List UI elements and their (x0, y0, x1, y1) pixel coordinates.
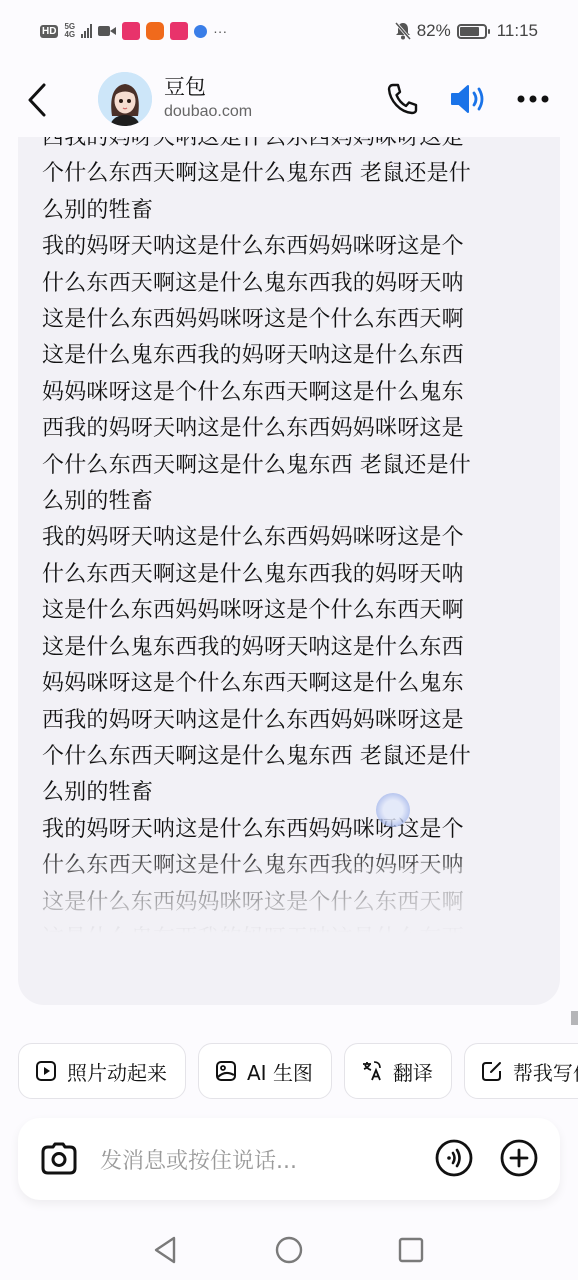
message-line: 个什么东西天啊这是什么鬼东西 老鼠还是什 (42, 448, 542, 484)
assistant-message-bubble: 西我的妈呀天呐这是什么东西妈妈咪呀这是 个什么东西天啊这是什么鬼东西 老鼠还是什… (18, 137, 560, 1005)
message-input[interactable]: 发消息或按住说话... (100, 1144, 297, 1175)
quick-action-label: AI 生图 (247, 1057, 313, 1086)
message-line: 么别的牲畜 (42, 484, 542, 520)
clock: 11:15 (497, 21, 538, 41)
message-line: 妈妈咪呀这是个什么东西天啊这是什么鬼东 (42, 375, 542, 411)
chat-title-block: 豆包 doubao.com (164, 71, 252, 121)
message-line: 什么东西天啊这是什么鬼东西我的妈呀天呐 (42, 266, 542, 302)
chat-title: 豆包 (164, 71, 252, 101)
chat-header: 豆包 doubao.com (0, 62, 578, 137)
message-composer: 发消息或按住说话... (18, 1118, 560, 1200)
message-line: 我的妈呀天呐这是什么东西妈妈咪呀这是个 (42, 520, 542, 556)
quick-action-animate-photo[interactable]: 照片动起来 (18, 1043, 186, 1099)
message-line: 什么东西天啊这是什么鬼东西我的妈呀天呐 (42, 557, 542, 593)
image-icon (215, 1060, 237, 1082)
message-line: 这是什么东西妈妈咪呀这是个什么东西天啊 (42, 593, 542, 629)
quick-action-help-write[interactable]: 帮我写作 (464, 1043, 578, 1099)
message-line: 这是什么鬼东西我的妈呀天呐这是什么东西 (42, 630, 542, 666)
play-square-icon (35, 1060, 57, 1082)
app-notification-icon (146, 22, 164, 40)
signal-icon (81, 24, 92, 38)
scrollbar[interactable] (571, 1011, 578, 1025)
quick-action-translate[interactable]: 翻译 (344, 1043, 452, 1099)
network-type: 5G 4G (64, 23, 75, 39)
bell-muted-icon (395, 22, 411, 40)
hd-icon: HD (40, 25, 58, 38)
system-nav-bar (0, 1215, 578, 1280)
message-line: 我的妈呀天呐这是什么东西妈妈咪呀这是个 (42, 229, 542, 265)
quick-action-label: 帮我写作 (513, 1057, 578, 1086)
message-text: 西我的妈呀天呐这是什么东西妈妈咪呀这是 个什么东西天啊这是什么鬼东西 老鼠还是什… (42, 137, 542, 957)
battery-percent: 82% (417, 21, 451, 41)
camera-icon[interactable] (40, 1140, 78, 1178)
message-line: 这是什么东西妈妈咪呀这是个什么东西天啊 (42, 302, 542, 338)
back-arrow-icon[interactable] (24, 82, 52, 118)
more-options-icon[interactable] (517, 95, 549, 103)
speaker-icon[interactable] (450, 82, 488, 116)
quick-action-ai-image[interactable]: AI 生图 (198, 1043, 332, 1099)
status-bar: HD 5G 4G ··· 82% 11:15 (0, 0, 578, 62)
app-notification-icon (194, 25, 207, 38)
edit-icon (481, 1060, 503, 1082)
streaming-fade-overlay (268, 867, 560, 957)
message-line: 西我的妈呀天呐这是什么东西妈妈咪呀这是 (42, 411, 542, 447)
translate-icon (361, 1060, 383, 1082)
add-attachment-icon[interactable] (499, 1138, 539, 1178)
app-notification-icon (122, 22, 140, 40)
phone-icon[interactable] (386, 82, 418, 116)
chat-subtitle: doubao.com (164, 103, 252, 121)
avatar-portrait-icon (98, 72, 152, 126)
video-camera-icon (98, 25, 116, 37)
quick-action-label: 翻译 (393, 1057, 433, 1086)
message-line: 西我的妈呀天呐这是什么东西妈妈咪呀这是 (42, 703, 542, 739)
message-line: 么别的牲畜 (42, 775, 542, 811)
message-line: 西我的妈呀天呐这是什么东西妈妈咪呀这是 (42, 137, 542, 156)
status-system: 82% 11:15 (395, 21, 538, 41)
app-notification-icon (170, 22, 188, 40)
nav-back-icon[interactable] (152, 1235, 178, 1265)
message-line: 个什么东西天啊这是什么鬼东西 老鼠还是什 (42, 739, 542, 775)
battery-icon (457, 24, 487, 39)
avatar[interactable] (98, 72, 152, 126)
nav-recents-icon[interactable] (397, 1235, 425, 1265)
status-indicators: HD 5G 4G ··· (40, 22, 227, 40)
quick-actions: 照片动起来 AI 生图 翻译 帮我写作 (18, 1043, 578, 1099)
nav-home-icon[interactable] (274, 1235, 304, 1265)
more-notifications-icon: ··· (213, 23, 227, 39)
message-line: 个什么东西天啊这是什么鬼东西 老鼠还是什 (42, 156, 542, 192)
voice-input-icon[interactable] (434, 1138, 474, 1178)
touch-indicator (376, 793, 410, 827)
message-line: 这是什么鬼东西我的妈呀天呐这是什么东西 (42, 338, 542, 374)
message-line: 妈妈咪呀这是个什么东西天啊这是什么鬼东 (42, 666, 542, 702)
message-line: 么别的牲畜 (42, 193, 542, 229)
quick-action-label: 照片动起来 (67, 1057, 167, 1086)
